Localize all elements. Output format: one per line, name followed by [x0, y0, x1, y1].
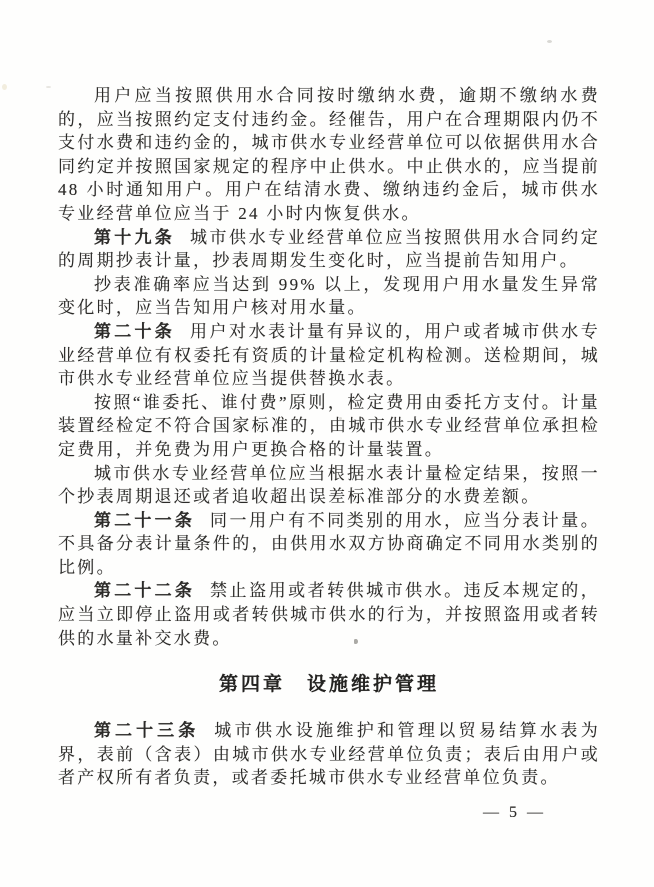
- paragraph: 第二十三条城市供水设施维护和管理以贸易结算水表为界，表前（含表）由城市供水专业经…: [58, 719, 600, 790]
- paragraph: 用户应当按照供用水合同按时缴纳水费，逾期不缴纳水费的，应当按照约定支付违约金。经…: [58, 84, 600, 226]
- document-body: 用户应当按照供用水合同按时缴纳水费，逾期不缴纳水费的，应当按照约定支付违约金。经…: [58, 84, 600, 790]
- chapter-heading: 第四章 设施维护管理: [58, 673, 600, 697]
- paragraph: 第十九条城市供水专业经营单位应当按照供用水合同约定的周期抄表计量，抄表周期发生变…: [58, 226, 600, 273]
- article-number: 第二十条: [94, 322, 175, 341]
- paragraph: 按照“谁委托、谁付费”原则，检定费用由委托方支付。计量装置经检定不符合国家标准的…: [58, 391, 600, 462]
- paragraph-text: 城市供水专业经营单位应当根据水表计量检定结果，按照一个抄表周期退还或者追收超出误…: [58, 464, 600, 507]
- scan-speck: [354, 639, 358, 644]
- article-number: 第十九条: [94, 228, 175, 247]
- scan-speck: [339, 417, 342, 420]
- paragraph: 第二十条用户对水表计量有异议的，用户或者城市供水专业经营单位有权委托有资质的计量…: [58, 320, 600, 391]
- paragraph: 城市供水专业经营单位应当根据水表计量检定结果，按照一个抄表周期退还或者追收超出误…: [58, 462, 600, 509]
- paragraph-text: 按照“谁委托、谁付费”原则，检定费用由委托方支付。计量装置经检定不符合国家标准的…: [58, 393, 600, 459]
- paragraph-text: 用户应当按照供用水合同按时缴纳水费，逾期不缴纳水费的，应当按照约定支付违约金。经…: [58, 86, 600, 223]
- scan-speck: [46, 86, 51, 88]
- paragraph-text: 抄表准确率应当达到 99% 以上，发现用户用水量发生异常变化时，应当告知用户核对…: [58, 275, 600, 318]
- article-number: 第二十三条: [94, 721, 199, 740]
- article-number: 第二十二条: [94, 581, 195, 600]
- document-page: 用户应当按照供用水合同按时缴纳水费，逾期不缴纳水费的，应当按照约定支付违约金。经…: [0, 0, 654, 887]
- paragraph: 抄表准确率应当达到 99% 以上，发现用户用水量发生异常变化时，应当告知用户核对…: [58, 273, 600, 320]
- article-number: 第二十一条: [94, 511, 195, 530]
- paragraph: 第二十一条同一用户有不同类别的用水，应当分表计量。不具备分表计量条件的，由供用水…: [58, 509, 600, 580]
- page-number: — 5 —: [483, 804, 546, 822]
- scan-speck: [547, 40, 552, 43]
- paragraph: 第二十二条禁止盗用或者转供城市供水。违反本规定的，应当立即停止盗用或者转供城市供…: [58, 579, 600, 650]
- scan-speck: [2, 84, 7, 90]
